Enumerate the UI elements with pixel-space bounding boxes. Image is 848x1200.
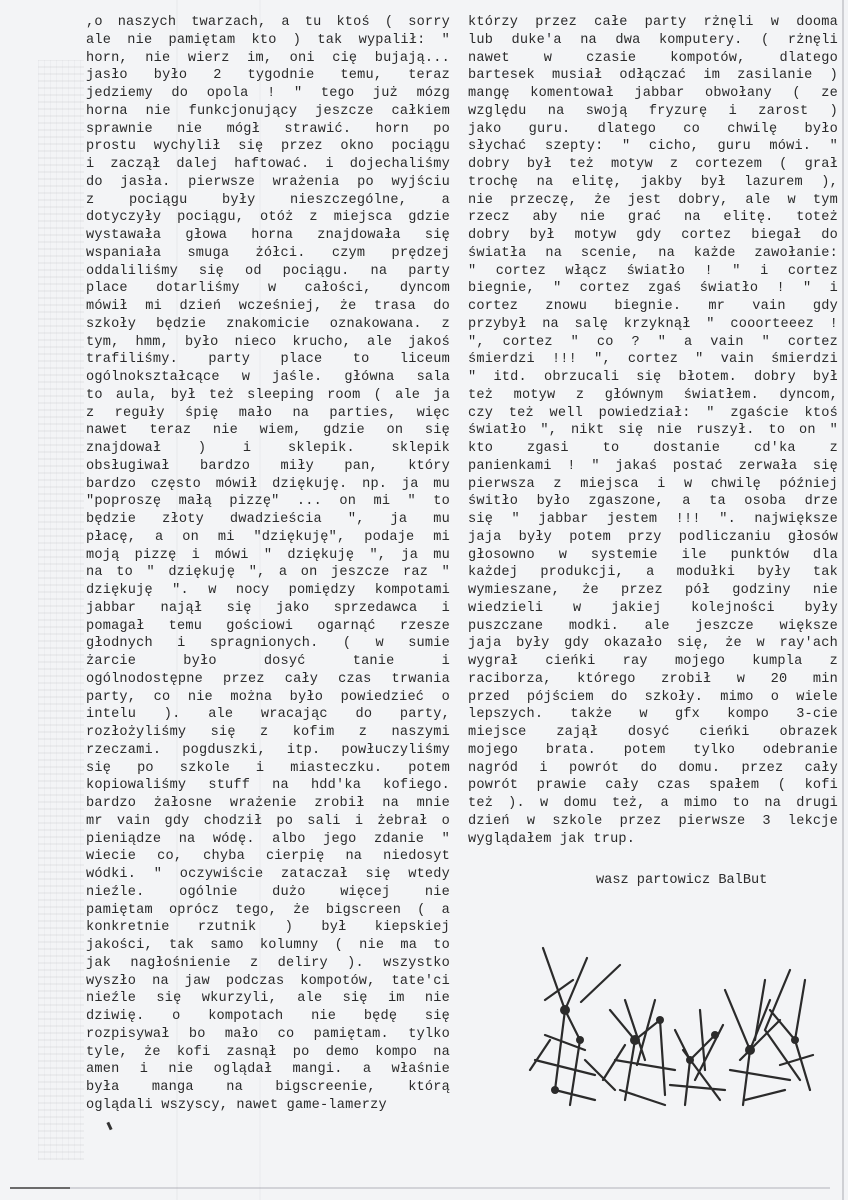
text-line: była manga na bigscreenie, którą <box>86 1079 450 1097</box>
text-line: raciborza, którego zrobił w 20 min <box>468 671 838 689</box>
text-line: sprawnie nie mógł strawić. horn po <box>86 121 450 139</box>
text-line: jasło było 2 tygodnie temu, teraz <box>86 67 450 85</box>
text-line: płacę, a on mi "dziękuję", podaje mi <box>86 529 450 547</box>
text-line: pierwsza z miejsca i w chwilę później <box>468 476 838 494</box>
text-line: też motyw z głównym światłem. dyncom, <box>468 387 838 405</box>
text-line: dzień w szkole przez pierwsze 3 lekcje <box>468 813 838 831</box>
text-line: " cortez włącz światło ! " i cortez <box>468 263 838 281</box>
text-line: cortez znowu biegnie. mr vain gdy <box>468 298 838 316</box>
text-line: lepszych. także w gfx kompo 3-cie <box>468 706 838 724</box>
text-line: słychać szepty: " cicho, guru mówi. " <box>468 138 838 156</box>
text-line: ogólnokształcące w jaśle. główna sala <box>86 369 450 387</box>
text-line: do jasła. pierwsze wrażenia po wyjściu <box>86 174 450 192</box>
text-line: horn, nie wierz im, oni cię bujają... <box>86 50 450 68</box>
text-line: głosowno w systemie ile punktów dla <box>468 547 838 565</box>
text-line: bardzo często mówił dziękuję. np. ja mu <box>86 476 450 494</box>
stray-ink-mark <box>106 1122 112 1131</box>
text-line: party, co nie można było powiedzieć o <box>86 689 450 707</box>
scan-noise-strip <box>38 60 84 1160</box>
text-line: puszczane modki. ale jeszcze większe <box>468 618 838 636</box>
text-line: lub duke'a na dwa komputery. ( rżnęli <box>468 32 838 50</box>
text-line: mojego brata. potem tylko odebranie <box>468 742 838 760</box>
text-line: wiecie co, chyba cierpię na niedosyt <box>86 848 450 866</box>
text-line: którzy przez całe party rżnęli w dooma <box>468 14 838 32</box>
text-line: też ). w domu też, a mimo to na drugi <box>468 795 838 813</box>
text-line: wiedzieli w jakiej kolejności były <box>468 600 838 618</box>
text-line: moją pizzę i mówi " dziękuję ", ja mu <box>86 547 450 565</box>
text-line: szkoły będzie znakomicie oznakowana. z <box>86 316 450 334</box>
text-line: rozpisywał bo mało co pamiętam. tylko <box>86 1026 450 1044</box>
text-line: amen i nie oglądał mangi. a właśnie <box>86 1061 450 1079</box>
text-line: wódki. " oczywiście zataczał się wtedy <box>86 866 450 884</box>
text-line: żarcie było dosyć tanie i <box>86 653 450 671</box>
text-line: tym, hmm, było nieco krucho, ale jakoś <box>86 334 450 352</box>
text-line: znajdował ) i sklepik. sklepik <box>86 440 450 458</box>
text-line: dziękuję ". w nocy pomiędzy kompotami <box>86 582 450 600</box>
text-line: panienkami ! " jakaś postać zerwała się <box>468 458 838 476</box>
text-line: mówił mi dzień wcześniej, że trasa do <box>86 298 450 316</box>
text-line: głodnych i spragnionych. ( w sumie <box>86 635 450 653</box>
text-line: rozłożyliśmy się z kofim z naszymi <box>86 724 450 742</box>
text-line: światła na scenie, na każde zawołanie: <box>468 245 838 263</box>
text-line: trochę na elitę, jakby był lazurem ), <box>468 174 838 192</box>
text-line: mangę komentował jabbar obwołany ( ze <box>468 85 838 103</box>
text-line: dziwię. o kompotach nie będę się <box>86 1008 450 1026</box>
text-line: " itd. obrzucali się błotem. dobry był <box>468 369 838 387</box>
text-line: się " jabbar jestem !!! ". największe <box>468 511 838 529</box>
scan-page-edge <box>842 0 844 1200</box>
text-line: światło ", nikt się nie ruszył. to on " <box>468 422 838 440</box>
text-line: z pociągu były nieszczególne, a <box>86 192 450 210</box>
text-line: nagród i powrót do domu. przez cały <box>468 760 838 778</box>
text-line: wygrał cieńki ray mojego kumpla z <box>468 653 838 671</box>
text-line: mr vain gdy chodził po sali i żebrał o <box>86 813 450 831</box>
text-line: się po szkole i miasteczku. potem <box>86 760 450 778</box>
scanned-page: ,o naszych twarzach, a tu ktoś ( sorryal… <box>0 0 848 1200</box>
author-signature: wasz partowicz BalBut <box>596 873 767 888</box>
text-line: jedziemy do opola ! " tego już mózg <box>86 85 450 103</box>
text-line: nawet w czasie kompotów, dlatego <box>468 50 838 68</box>
text-line: trafiliśmy. party place to liceum <box>86 351 450 369</box>
text-line: jaja były gdy okazało się, że w ray'ach <box>468 635 838 653</box>
text-line: jaja były potem przy podliczaniu głosów <box>468 529 838 547</box>
text-line: wspaniała smuga żółci. czym prędzej <box>86 245 450 263</box>
text-line: ,o naszych twarzach, a tu ktoś ( sorry <box>86 14 450 32</box>
text-line: pamiętam oprócz tego, że bigscreen ( a <box>86 902 450 920</box>
text-line: to aula, był też sleeping room ( ale ja <box>86 387 450 405</box>
text-line: wystawała głowa horna znajdowała się <box>86 227 450 245</box>
text-line: z reguły śpię mało na parties, więc <box>86 405 450 423</box>
text-line: powrót prawie cały czas spałem ( kofi <box>468 777 838 795</box>
text-line: jakości, tak samo kolumny ( nie ma to <box>86 937 450 955</box>
text-line: tyle, że kofi zasnął po demo kompo na <box>86 1044 450 1062</box>
text-line: jako guru. dlatego co chwilę było <box>468 121 838 139</box>
text-line: kto zgasi to dostanie cd'ka z <box>468 440 838 458</box>
text-line: place dotarliśmy w całości, dyncom <box>86 280 450 298</box>
text-line: i zaczął dalej haftować. i dojechaliśmy <box>86 156 450 174</box>
text-line: przybył na salę krzyknął " cooorteeez ! <box>468 316 838 334</box>
text-line: będzie złoty dwadzieścia ", ja mu <box>86 511 450 529</box>
text-line: miejsce zajął dosyć cieńki obrazek <box>468 724 838 742</box>
text-line: na to " dziękuję ", a on jeszcze raz " <box>86 564 450 582</box>
text-line: względu na swoją fryzurę i zarost ) <box>468 103 838 121</box>
text-line: przed pójściem do szkoły. mimo o wiele <box>468 689 838 707</box>
text-line: rzecz aby nie grać na elitę. toteż <box>468 209 838 227</box>
text-line: jabbar najął się jako sprzedawca i <box>86 600 450 618</box>
text-line: wyszło na jaw podczas kompotów, tate'ci <box>86 973 450 991</box>
text-line: dobry był motyw gdy cortez biegał do <box>468 227 838 245</box>
text-line: rzeczami. pogduszki, itp. powłuczyliśmy <box>86 742 450 760</box>
text-line: obsługiwał bardzo miły pan, który <box>86 458 450 476</box>
text-line: bardzo żałosne wrażenie zrobił na mnie <box>86 795 450 813</box>
spiky-logo-icon <box>525 940 815 1115</box>
text-line: wymieszane, że przez pół godziny nie <box>468 582 838 600</box>
text-line: pieniądze na wódę. albo jego zdanie " <box>86 831 450 849</box>
text-line: konkretnie rzutnik ) był kiepskiej <box>86 919 450 937</box>
text-line: "poproszę małą pizzę" ... on mi " to <box>86 493 450 511</box>
text-line: bartesek musiał odłączać im zasilanie ) <box>468 67 838 85</box>
text-line: dobry był też motyw z cortezem ( grał <box>468 156 838 174</box>
text-line: dotyczyły pociągu, otóż z miejsca gdzie <box>86 209 450 227</box>
text-line: oglądali wszyscy, nawet game-lamerzy <box>86 1097 450 1115</box>
text-line: nieźle. ogólnie dużo więcej nie <box>86 884 450 902</box>
text-line: intelu ). ale wracając do party, <box>86 706 450 724</box>
text-line: kopiowaliśmy stuff na hdd'ka kofiego. <box>86 777 450 795</box>
left-text-column: ,o naszych twarzach, a tu ktoś ( sorryal… <box>86 14 450 1115</box>
text-line: horna nie funkcjonujący jeszcze całkiem <box>86 103 450 121</box>
text-line: każdej produkcji, a modułki były tak <box>468 564 838 582</box>
text-line: ogólnodostępne przez cały czas trwania <box>86 671 450 689</box>
text-line: świtło było zgaszone, a ta osoba drze <box>468 493 838 511</box>
text-line: oddaliliśmy się od pociągu. na party <box>86 263 450 281</box>
text-line: nieźle się wkurzyli, ale się im nie <box>86 990 450 1008</box>
text-line: nie przeczę, że jest dobry, ale w tym <box>468 192 838 210</box>
text-line: śmierdzi !!! ", cortez " vain śmierdzi <box>468 351 838 369</box>
text-line: prostu wychylił się przez okno pociągu <box>86 138 450 156</box>
text-line: nawet teraz nie wiem, gdzie on się <box>86 422 450 440</box>
text-line: biegnie, " cortez zgaś światło ! " i <box>468 280 838 298</box>
text-line: czy też well powiedział: " zgaście ktoś <box>468 405 838 423</box>
text-line: wyglądałem jak trup. <box>468 831 838 849</box>
text-line: jak nagłośnienie z deliry ). wszystko <box>86 955 450 973</box>
text-line: ", cortez " co ? " a vain " cortez <box>468 334 838 352</box>
text-line: ale nie pamiętam kto ) tak wypalił: " <box>86 32 450 50</box>
right-text-column: którzy przez całe party rżnęli w doomalu… <box>468 14 838 848</box>
text-line: pomagał temu gościowi ogarnąć rzesze <box>86 618 450 636</box>
scan-bottom-edge <box>10 1187 830 1189</box>
